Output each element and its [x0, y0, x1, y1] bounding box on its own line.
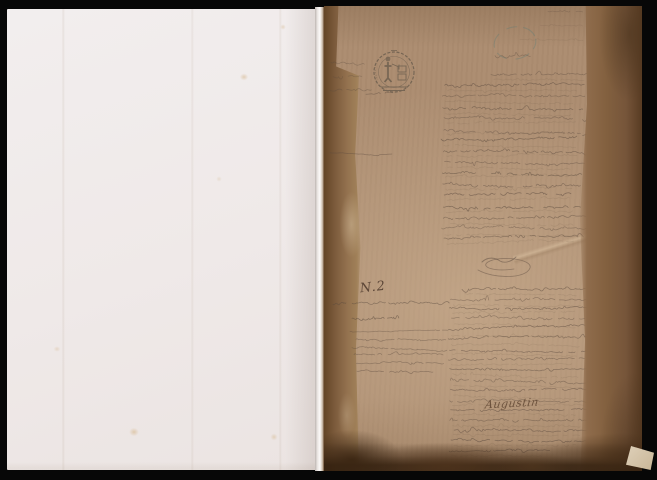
book-spine-page-edge — [315, 7, 324, 471]
revenue-stamp-icon — [371, 47, 419, 105]
left-repair-tape — [324, 6, 362, 471]
act-number-label: N.2 — [359, 279, 386, 297]
blue-ink-stamp-icon — [490, 22, 540, 64]
foxing-and-creases — [7, 9, 316, 470]
blank-left-page — [7, 9, 316, 470]
bottom-water-stains — [324, 408, 642, 471]
tape-light-patch — [607, 127, 639, 172]
document-scan: N.2 Augustin — [0, 0, 657, 480]
right-repair-tape — [578, 6, 642, 471]
